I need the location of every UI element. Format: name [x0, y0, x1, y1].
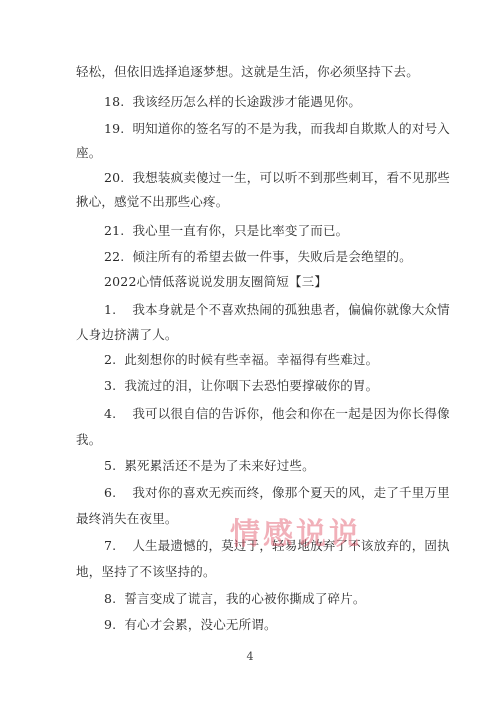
item-text: 我可以很自信的告诉你，他会和你在一起是因为你长得像 — [132, 406, 450, 421]
list-item-8: 8.誓言变成了谎言，我的心被你撕成了碎片。 — [104, 591, 366, 607]
item-number: 2. — [104, 352, 116, 368]
list-item-1: 1.我本身就是个不喜欢热闹的孤独患者，偏偏你就像大众情 — [104, 302, 450, 318]
item-text: 人生最遗憾的，莫过于，轻易地放弃了不该放弃的，固执 — [132, 538, 450, 553]
list-item-2: 2.此刻想你的时候有些幸福。幸福得有些难过。 — [104, 352, 378, 368]
text-line: 人身边挤满了人。 — [76, 327, 178, 343]
item-text: 倾注所有的希望去做一件事，失败后是会绝望的。 — [132, 249, 411, 264]
list-item-21: 21.我心里一直有你，只是比率变了而已。 — [104, 223, 348, 239]
text-line: 轻松，但依旧选择追逐梦想。这就是生活，你必须坚持下去。 — [76, 64, 419, 80]
list-item-6: 6.我对你的喜欢无疾而终，像那个夏天的风，走了千里万里 — [104, 485, 450, 501]
item-text: 我该经历怎么样的长途跋涉才能遇见你。 — [132, 94, 361, 109]
list-item-3: 3.我流过的泪，让你咽下去恐怕要撑破你的胃。 — [104, 378, 378, 394]
document-page: 轻松，但依旧选择追逐梦想。这就是生活，你必须坚持下去。 18.我该经历怎么样的长… — [0, 0, 500, 708]
item-text: 明知道你的签名写的不是为我，而我却自欺欺人的对号入 — [132, 121, 450, 136]
item-number: 5. — [104, 458, 116, 474]
list-item-5: 5.累死累活还不是为了未来好过些。 — [104, 458, 315, 474]
section-heading: 2022心情低落说说发朋友圈简短【三】 — [104, 274, 327, 290]
item-text: 此刻想你的时候有些幸福。幸福得有些难过。 — [124, 352, 378, 367]
item-text: 我流过的泪，让你咽下去恐怕要撑破你的胃。 — [124, 378, 378, 393]
text-line: 最终消失在夜里。 — [76, 511, 178, 527]
item-number: 4. — [104, 406, 116, 422]
item-number: 20. — [104, 170, 124, 186]
item-text: 有心才会累，没心无所谓。 — [124, 617, 276, 632]
list-item-22: 22.倾注所有的希望去做一件事，失败后是会绝望的。 — [104, 249, 412, 265]
list-item-9: 9.有心才会累，没心无所谓。 — [104, 617, 277, 633]
item-text: 我本身就是个不喜欢热闹的孤独患者，偏偏你就像大众情 — [132, 302, 450, 317]
text-line: 揪心，感觉不出那些心疼。 — [76, 194, 228, 210]
item-number: 7. — [104, 538, 116, 554]
list-item-20: 20.我想装疯卖傻过一生，可以听不到那些刺耳，看不见那些 — [104, 170, 450, 186]
list-item-4: 4.我可以很自信的告诉你，他会和你在一起是因为你长得像 — [104, 406, 450, 422]
item-number: 6. — [104, 485, 116, 501]
item-number: 21. — [104, 223, 124, 239]
item-number: 8. — [104, 591, 116, 607]
list-item-7: 7.人生最遗憾的，莫过于，轻易地放弃了不该放弃的，固执 — [104, 538, 450, 554]
item-number: 9. — [104, 617, 116, 633]
item-number: 18. — [104, 94, 124, 110]
page-number: 4 — [0, 650, 500, 663]
item-text: 我心里一直有你，只是比率变了而已。 — [132, 223, 348, 238]
item-number: 3. — [104, 378, 116, 394]
text-line: 我。 — [76, 432, 101, 448]
text-line: 座。 — [76, 145, 101, 161]
item-text: 累死累活还不是为了未来好过些。 — [124, 458, 315, 473]
item-text: 誓言变成了谎言，我的心被你撕成了碎片。 — [124, 591, 365, 606]
list-item-19: 19.明知道你的签名写的不是为我，而我却自欺欺人的对号入 — [104, 121, 450, 137]
item-text: 我对你的喜欢无疾而终，像那个夏天的风，走了千里万里 — [132, 485, 450, 500]
item-number: 1. — [104, 302, 116, 318]
item-text: 我想装疯卖傻过一生，可以听不到那些刺耳，看不见那些 — [132, 170, 450, 185]
text-line: 地，坚持了不该坚持的。 — [76, 564, 216, 580]
item-number: 19. — [104, 121, 124, 137]
list-item-18: 18.我该经历怎么样的长途跋涉才能遇见你。 — [104, 94, 361, 110]
item-number: 22. — [104, 249, 124, 265]
